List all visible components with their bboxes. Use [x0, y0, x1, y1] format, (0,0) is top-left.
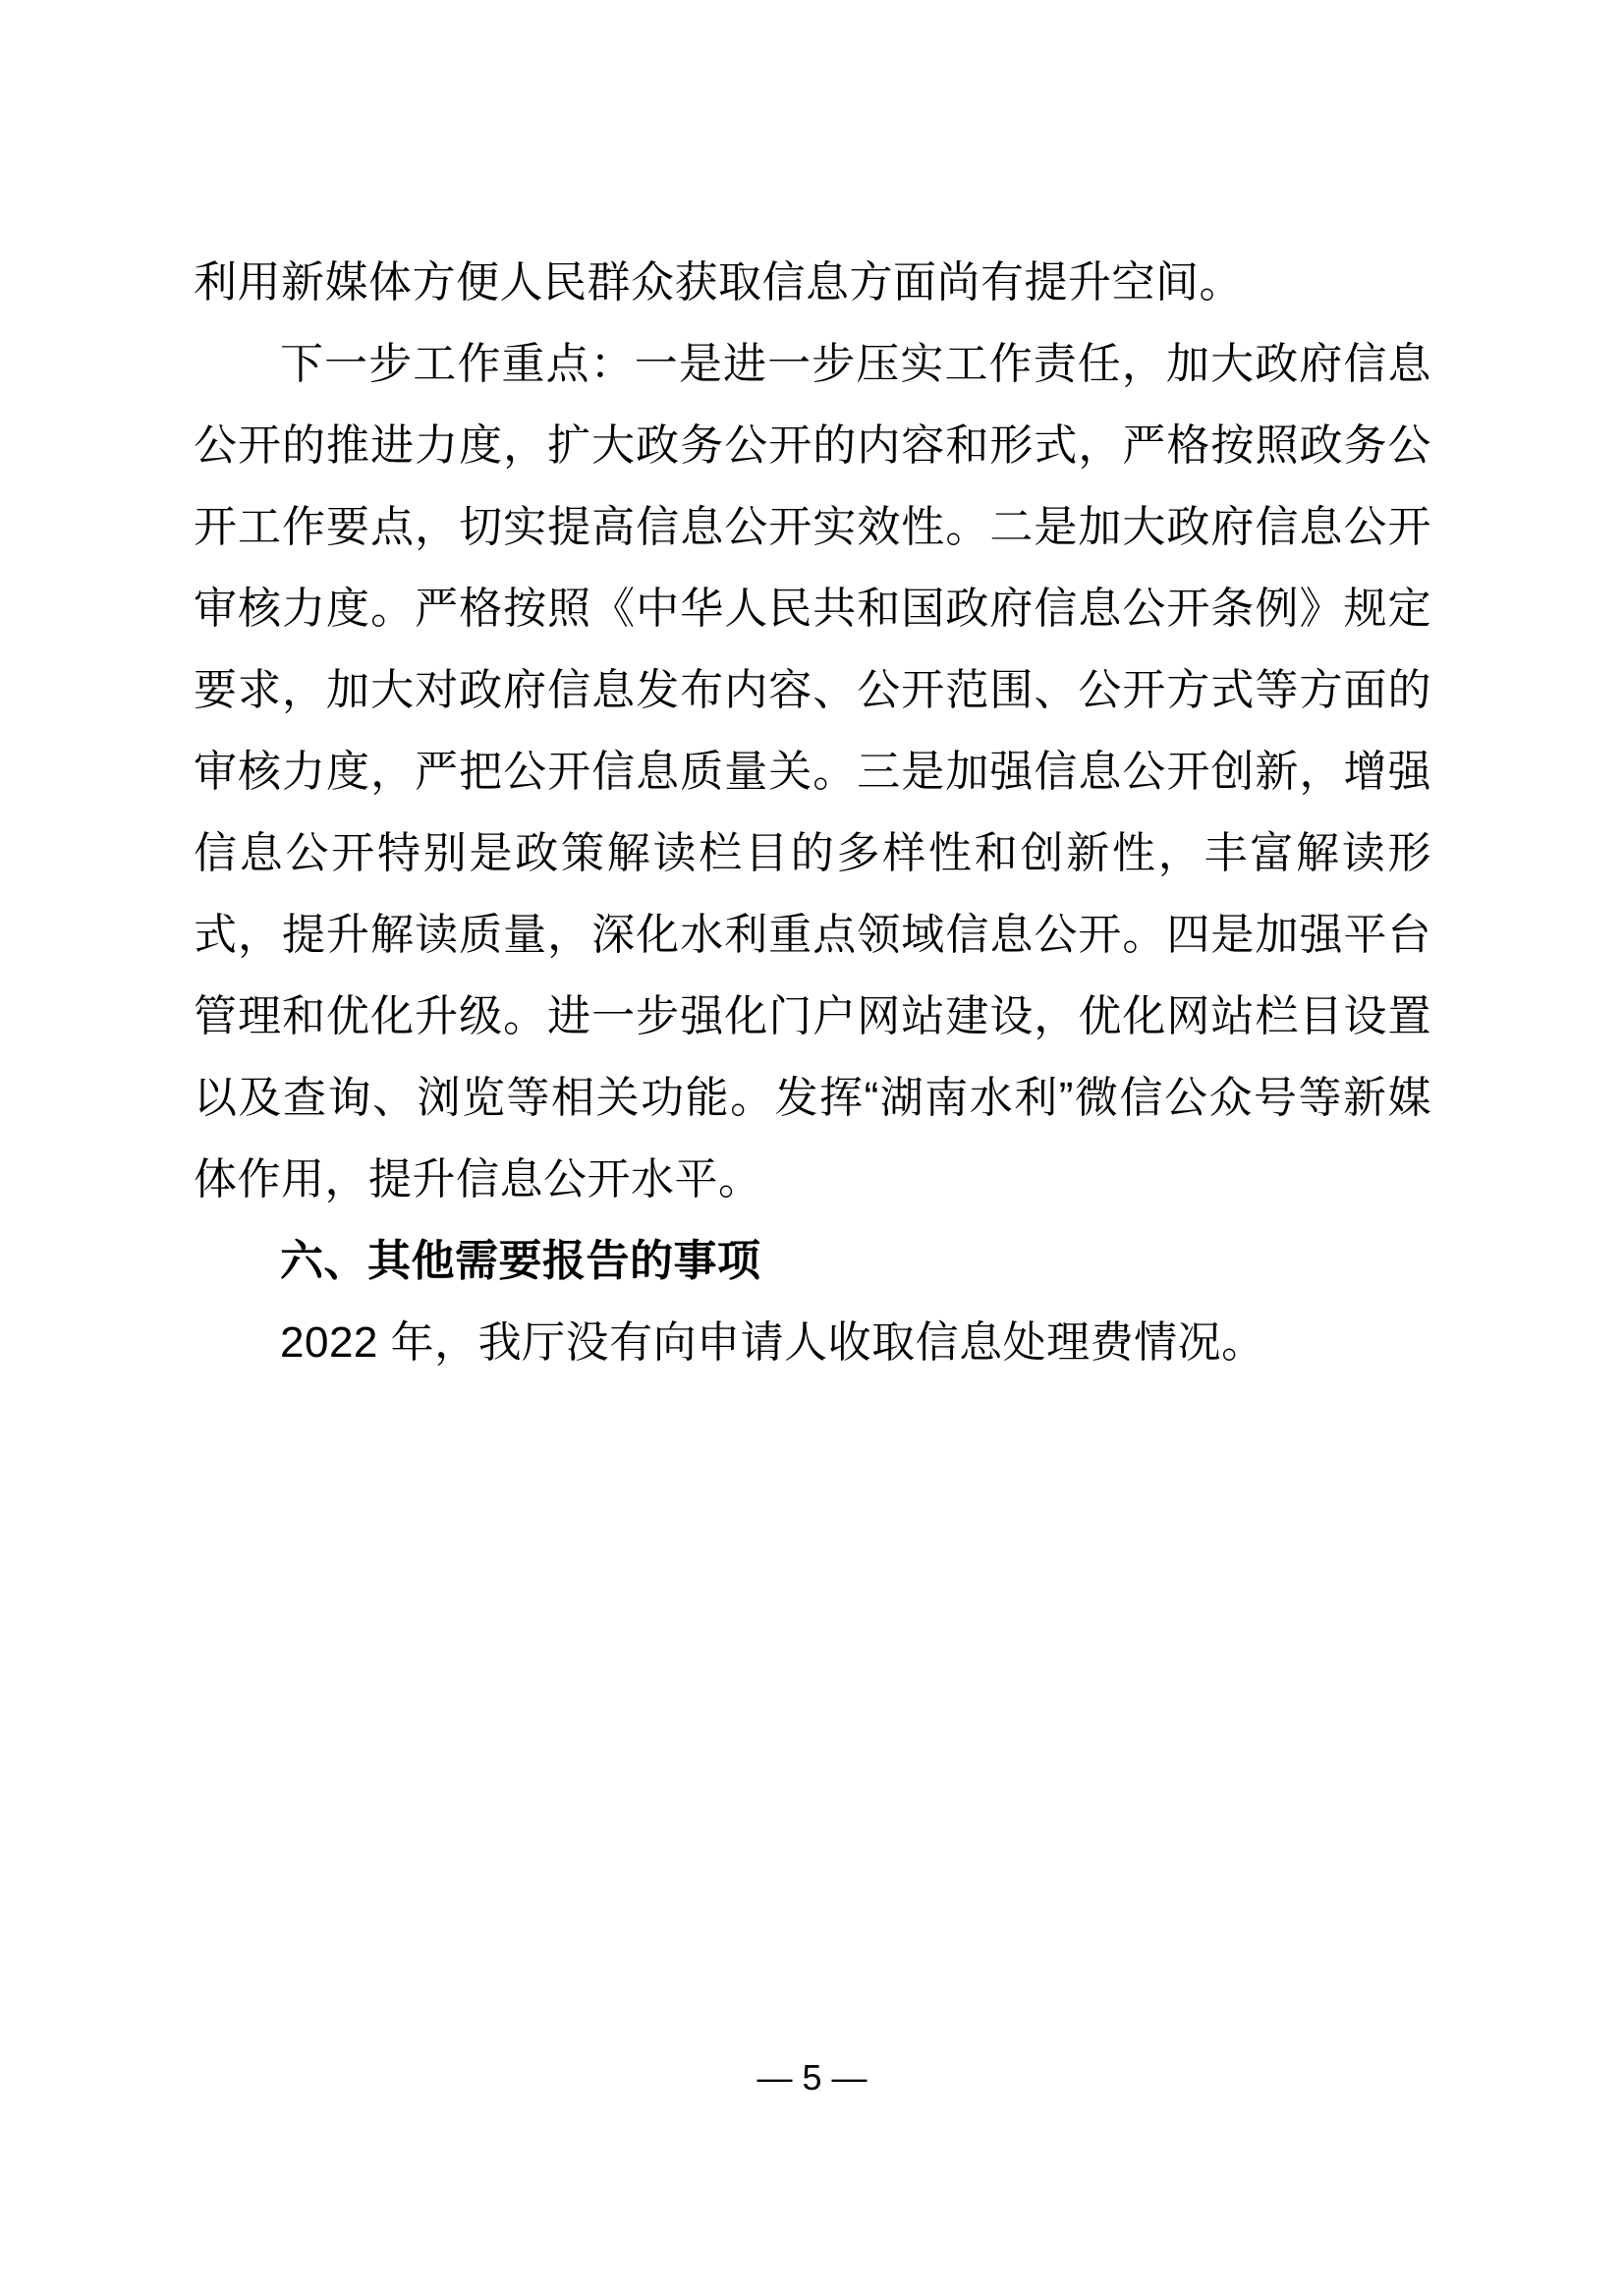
section-heading: 六、其他需要报告的事项 — [194, 1220, 1431, 1302]
body-paragraph-continuation: 利用新媒体方便人民群众获取信息方面尚有提升空间。 — [194, 242, 1431, 323]
page-number: — 5 — — [0, 2056, 1624, 2099]
document-body: 利用新媒体方便人民群众获取信息方面尚有提升空间。 下一步工作重点：一是进一步压实… — [194, 242, 1431, 1383]
body-paragraph-fees: 2022 年，我厅没有向申请人收取信息处理费情况。 — [194, 1302, 1431, 1383]
body-paragraph-next-steps: 下一步工作重点：一是进一步压实工作责任，加大政府信息公开的推进力度，扩大政务公开… — [194, 323, 1431, 1220]
document-page: 利用新媒体方便人民群众获取信息方面尚有提升空间。 下一步工作重点：一是进一步压实… — [0, 0, 1624, 2295]
